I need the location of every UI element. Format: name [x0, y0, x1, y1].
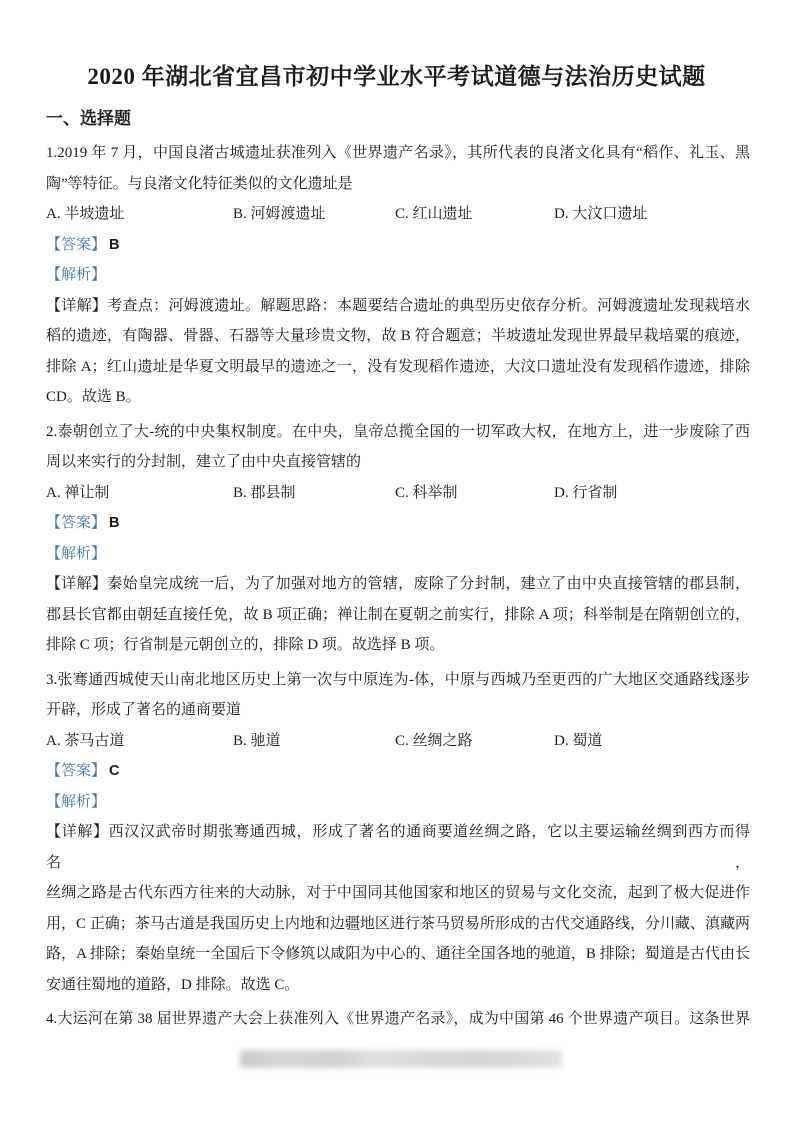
question-2-options-row: A. 禅让制 B. 郡县制 C. 科举制 D. 行省制 [46, 478, 750, 509]
question-3-detail-line: 【详解】西汉汉武帝时期张骞通西城，形成了著名的通商要道丝绸之路，它以主要运输丝绸… [46, 817, 750, 878]
analysis-label: 【解析】 [46, 267, 106, 283]
question-1-answer-line: 【答案】B [46, 230, 750, 261]
answer-value: B [109, 515, 119, 531]
answer-value: B [109, 237, 119, 253]
analysis-label: 【解析】 [46, 794, 106, 810]
question-3-answer-line: 【答案】C [46, 756, 750, 787]
question-2-option-d: D. 行省制 [554, 478, 750, 509]
question-2-option-b: B. 郡县制 [233, 478, 395, 509]
answer-label: 【答案】 [46, 763, 106, 779]
question-1-stem-line: 陶”等特征。与良渚文化特征类似的文化遗址是 [46, 169, 750, 200]
question-1-stem-line: 1.2019 年 7 月，中国良渚古城遗址获准列入《世界遗产名录》，其所代表的良… [46, 138, 750, 169]
question-2-detail-line: 【详解】秦始皇完成统一后，为了加强对地方的管辖，废除了分封制，建立了由中央直接管… [46, 569, 750, 600]
question-3-stem-line: 开辟，形成了著名的通商要道 [46, 695, 750, 726]
question-3-option-b: B. 驰道 [233, 726, 395, 757]
question-3-option-a: A. 茶马古道 [46, 726, 233, 757]
question-2-option-a: A. 禅让制 [46, 478, 233, 509]
page-title: 2020 年湖北省宜昌市初中学业水平考试道德与法治历史试题 [0, 60, 793, 94]
document-body: 1.2019 年 7 月，中国良渚古城遗址获准列入《世界遗产名录》，其所代表的良… [46, 138, 750, 1035]
question-1-detail-line: 【详解】考查点：河姆渡遗址。解题思路：本题要结合遗址的典型历史依存分析。河姆渡遗… [46, 291, 750, 322]
question-2-stem-line: 2.泰朝创立了大-统的中央集权制度。在中央，皇帝总揽全国的一切军政大权，在地方上… [46, 417, 750, 448]
document-page: 2020 年湖北省宜昌市初中学业水平考试道德与法治历史试题 一、选择题 1.20… [0, 0, 793, 1122]
question-3-stem-line: 3.张骞通西城使天山南北地区历史上第一次与中原连为-体，中原与西城乃至更西的广大… [46, 665, 750, 696]
question-3-option-c: C. 丝绸之路 [395, 726, 554, 757]
question-3-analysis-line: 【解析】 [46, 787, 750, 818]
watermark [240, 1050, 562, 1068]
question-1-option-d: D. 大汶口遗址 [554, 199, 750, 230]
question-2-option-c: C. 科举制 [395, 478, 554, 509]
question-1-detail-line: CD。故选 B。 [46, 382, 750, 413]
question-3-option-d: D. 蜀道 [554, 726, 750, 757]
answer-value: C [109, 763, 119, 779]
question-1-option-c: C. 红山遗址 [395, 199, 554, 230]
question-1-detail-line: 稻的遗迹，有陶器、骨器、石器等大量珍贵文物，故 B 符合题意；半坡遗址发现世界最… [46, 321, 750, 352]
question-2-detail-line: 排除 C 项；行省制是元朝创立的，排除 D 项。故选择 B 项。 [46, 630, 750, 661]
answer-label: 【答案】 [46, 237, 106, 253]
question-1-option-a: A. 半坡遗址 [46, 199, 233, 230]
question-1-options-row: A. 半坡遗址 B. 河姆渡遗址 C. 红山遗址 D. 大汶口遗址 [46, 199, 750, 230]
question-3-detail-line: 路，A 排除；秦始皇统一全国后下令修筑以咸阳为中心的、通往全国各地的驰道，B 排… [46, 939, 750, 970]
question-4-stem-line: 4.大运河在第 38 届世界遗产大会上获准列入《世界遗产名录》，成为中国第 46… [46, 1004, 750, 1035]
question-2-answer-line: 【答案】B [46, 508, 750, 539]
answer-label: 【答案】 [46, 515, 106, 531]
question-2-stem-line: 周以来实行的分封制，建立了由中央直接管辖的 [46, 447, 750, 478]
question-3-detail-line: 丝绸之路是古代东西方往来的大动脉，对于中国同其他国家和地区的贸易与文化交流，起到… [46, 878, 750, 909]
question-1-option-b: B. 河姆渡遗址 [233, 199, 395, 230]
question-3-detail-line: 安通往蜀地的道路，D 排除。故选 C。 [46, 970, 750, 1001]
question-1-detail-line: 排除 A；红山遗址是华夏文明最早的遗迹之一，没有发现稻作遗迹，大汶口遗址没有发现… [46, 352, 750, 383]
question-2-detail-line: 郡县长官都由朝廷直接任免，故 B 项正确；禅让制在夏朝之前实行，排除 A 项；科… [46, 600, 750, 631]
question-3-options-row: A. 茶马古道 B. 驰道 C. 丝绸之路 D. 蜀道 [46, 726, 750, 757]
section-heading: 一、选择题 [46, 104, 131, 134]
question-3-detail-line: 用，C 正确；茶马古道是我国历史上内地和边疆地区进行茶马贸易所形成的古代交通路线… [46, 909, 750, 940]
question-1-analysis-line: 【解析】 [46, 260, 750, 291]
question-2-analysis-line: 【解析】 [46, 539, 750, 570]
analysis-label: 【解析】 [46, 546, 106, 562]
